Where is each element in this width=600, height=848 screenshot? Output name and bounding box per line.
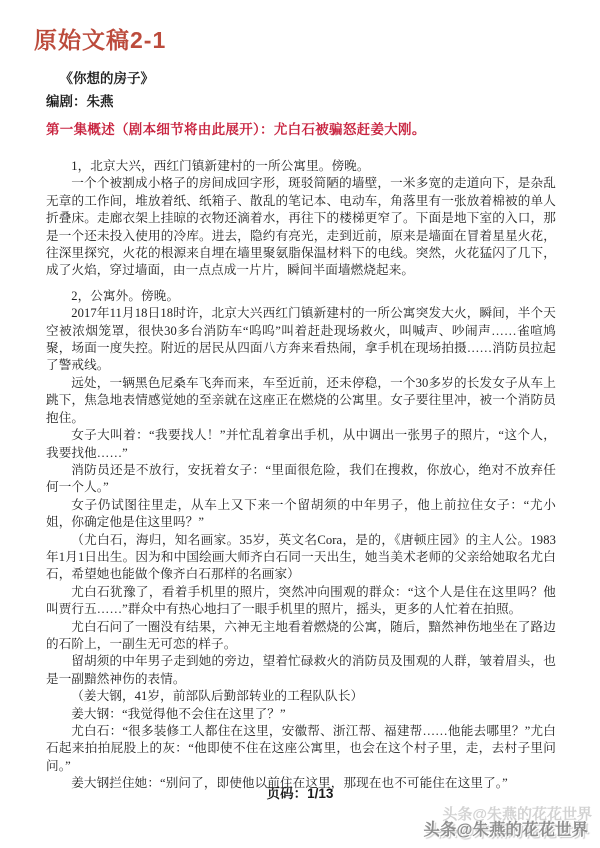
paragraph: 1，北京大兴，西红门镇新建村的一所公寓里。傍晚。 xyxy=(46,158,556,175)
paragraph: 一个个被割成小格子的房间成回字形，斑驳简陋的墙壁，一米多宽的走道向下，是杂乱无章… xyxy=(46,175,556,279)
watermark-text: 头条@朱燕的花花世界 xyxy=(423,816,588,840)
paragraph: 尤白石问了一圈没有结果，六神无主地看着燃烧的公寓，随后，黯然神伤地坐在了路边的石… xyxy=(46,619,556,654)
watermark-ghost-text: 头条@朱燕的花花世界 xyxy=(442,803,592,824)
page-title: 原始文稿2-1 xyxy=(34,22,556,55)
paragraph: 2，公寓外。傍晚。 xyxy=(46,288,556,305)
document-page: 原始文稿2-1 《你想的房子》 编剧：朱燕 第一集概述（剧本细节将由此展开）：尤… xyxy=(0,0,600,848)
watermark: 头条@朱燕的花花世界 头条@朱燕的花花世界 xyxy=(372,800,592,844)
paragraph: 留胡须的中年男子走到她的旁边，望着忙碌救火的消防员及围观的人群，皱着眉头，也是一… xyxy=(46,653,556,688)
paragraph: 远处，一辆黑色尼桑车飞奔而来，车至近前，还未停稳，一个30多岁的长发女子从车上跳… xyxy=(46,375,556,427)
paragraph: 姜大钢：“我觉得他不会住在这里了？” xyxy=(46,706,556,723)
paragraph: 消防员还是不放行，安抚着女子：“里面很危险，我们在搜救，你放心，绝对不放弃任何一… xyxy=(46,462,556,497)
script-title: 《你想的房子》 xyxy=(46,70,556,87)
paragraph: （姜大钢，41岁，前部队后勤部转业的工程队队长） xyxy=(46,688,556,705)
paragraph: （尤白石，海归，知名画家。35岁，英文名Cora，是的，《唐顿庄园》的主人公。1… xyxy=(46,532,556,584)
episode-summary: 第一集概述（剧本细节将由此展开）：尤白石被骗怒赶姜大刚。 xyxy=(46,121,556,139)
manuscript-body: 1，北京大兴，西红门镇新建村的一所公寓里。傍晚。一个个被割成小格子的房间成回字形… xyxy=(46,158,556,793)
page-number: 页码：1/13 xyxy=(0,782,600,802)
writer-line: 编剧：朱燕 xyxy=(46,93,556,110)
paragraph: 尤白石犹豫了，看着手机里的照片，突然冲向围观的群众：“这个人是住在这里吗？他叫贾… xyxy=(46,584,556,619)
paragraph: 2017年11月18日18时许，北京大兴西红门镇新建村的一所公寓突发大火，瞬间，… xyxy=(46,305,556,375)
paragraph: 尤白石：“很多装修工人都住在这里，安徽帮、浙江帮、福建帮……他能去哪里？”尤白石… xyxy=(46,723,556,775)
paragraph: 女子大叫着：“我要找人！”并忙乱着拿出手机，从中调出一张男子的照片，“这个人，我… xyxy=(46,427,556,462)
paragraph: 女子仍试图往里走，从车上又下来一个留胡须的中年男子，他上前拉住女子：“尤小姐，你… xyxy=(46,497,556,532)
